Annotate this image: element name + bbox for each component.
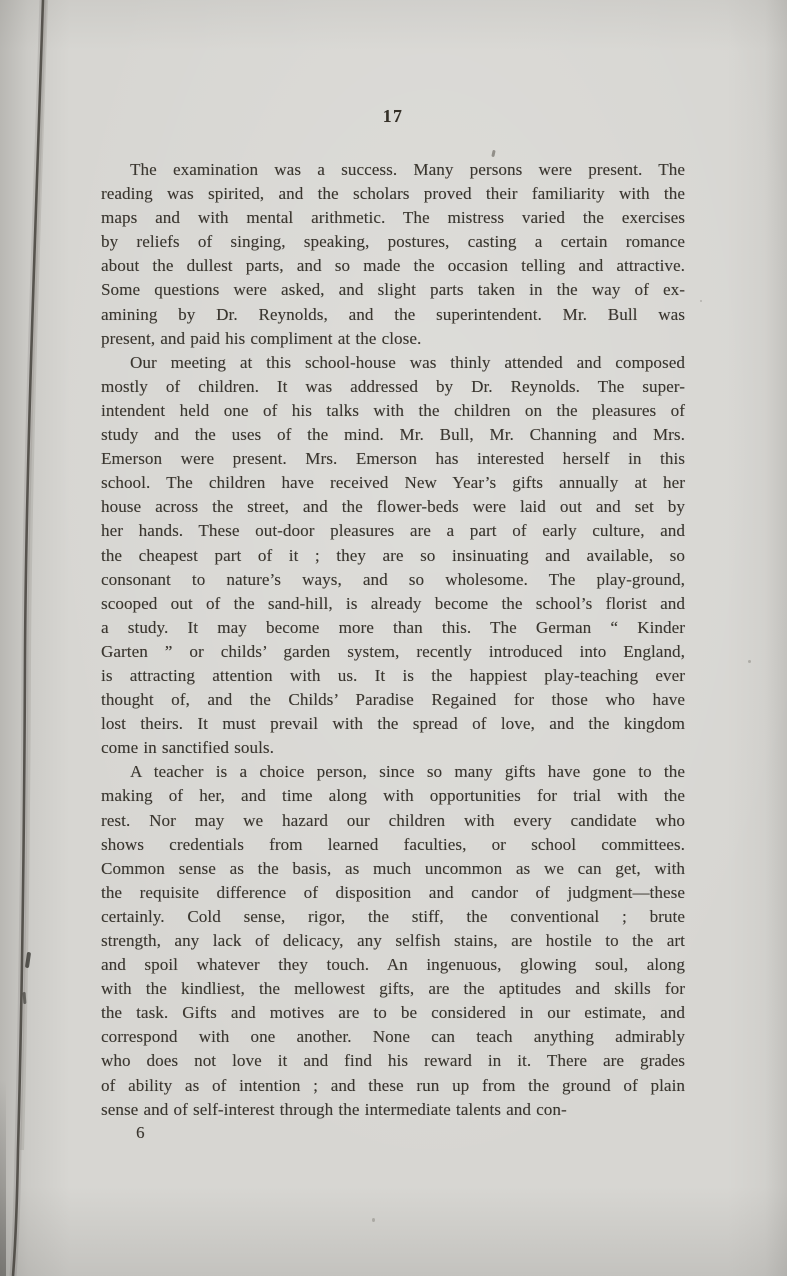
- ink-speck: [700, 300, 702, 302]
- page-text: The examination was a success. Many pers…: [101, 158, 685, 1122]
- text-line: thought of, and the Childs’ Paradise Reg…: [101, 688, 685, 712]
- text-line: school. The children have received New Y…: [101, 471, 685, 495]
- text-line: shows credentials from learned faculties…: [101, 833, 685, 857]
- binding-mark: [25, 952, 31, 968]
- text-line: her hands. These out-door pleasures are …: [101, 519, 685, 543]
- text-line: come in sanctified souls.: [101, 736, 685, 760]
- text-line: amining by Dr. Reynolds, and the superin…: [101, 303, 685, 327]
- text-line: the requisite difference of disposition …: [101, 881, 685, 905]
- text-line: intendent held one of his talks with the…: [101, 399, 685, 423]
- text-line: scooped out of the sand-hill, is already…: [101, 592, 685, 616]
- text-line: strength, any lack of delicacy, any self…: [101, 929, 685, 953]
- text-line: consonant to nature’s ways, and so whole…: [101, 568, 685, 592]
- binding-edge-shadow: [0, 1080, 6, 1276]
- text-line: who does not love it and find his reward…: [101, 1049, 685, 1073]
- ink-speck: [748, 660, 751, 663]
- page-number: 17: [101, 106, 685, 127]
- text-line: study and the uses of the mind. Mr. Bull…: [101, 423, 685, 447]
- text-line: Common sense as the basis, as much uncom…: [101, 857, 685, 881]
- text-line: about the dullest parts, and so made the…: [101, 254, 685, 278]
- text-line: the cheapest part of it ; they are so in…: [101, 544, 685, 568]
- ink-speck: [491, 150, 495, 157]
- text-line: rest. Nor may we hazard our children wit…: [101, 809, 685, 833]
- text-line: Garten ” or childs’ garden system, recen…: [101, 640, 685, 664]
- text-line: Our meeting at this school-house was thi…: [101, 351, 685, 375]
- text-line: certainly. Cold sense, rigor, the stiff,…: [101, 905, 685, 929]
- text-line: mostly of children. It was addressed by …: [101, 375, 685, 399]
- text-line: maps and with mental arithmetic. The mis…: [101, 206, 685, 230]
- text-line: the task. Gifts and motives are to be co…: [101, 1001, 685, 1025]
- text-line: correspond with one another. None can te…: [101, 1025, 685, 1049]
- text-line: lost theirs. It must prevail with the sp…: [101, 712, 685, 736]
- text-line: by reliefs of singing, speaking, posture…: [101, 230, 685, 254]
- text-line: with the kindliest, the mellowest gifts,…: [101, 977, 685, 1001]
- book-page: 17 The examination was a success. Many p…: [0, 0, 787, 1276]
- ink-speck: [372, 1218, 375, 1222]
- text-line: making of her, and time along with oppor…: [101, 784, 685, 808]
- text-line: and spoil whatever they touch. An ingenu…: [101, 953, 685, 977]
- text-line: is attracting attention with us. It is t…: [101, 664, 685, 688]
- text-line: A teacher is a choice person, since so m…: [101, 760, 685, 784]
- text-line: sense and of self-interest through the i…: [101, 1098, 685, 1122]
- text-line: The examination was a success. Many pers…: [101, 158, 685, 182]
- text-line: present, and paid his compliment at the …: [101, 327, 685, 351]
- text-line: reading was spirited, and the scholars p…: [101, 182, 685, 206]
- text-line: Some questions were asked, and slight pa…: [101, 278, 685, 302]
- text-line: a study. It may become more than this. T…: [101, 616, 685, 640]
- binding-mark: [23, 992, 27, 1004]
- text-line: of ability as of intention ; and these r…: [101, 1074, 685, 1098]
- text-line: Emerson were present. Mrs. Emerson has i…: [101, 447, 685, 471]
- text-line: house across the street, and the flower-…: [101, 495, 685, 519]
- signature-mark: 6: [136, 1123, 145, 1143]
